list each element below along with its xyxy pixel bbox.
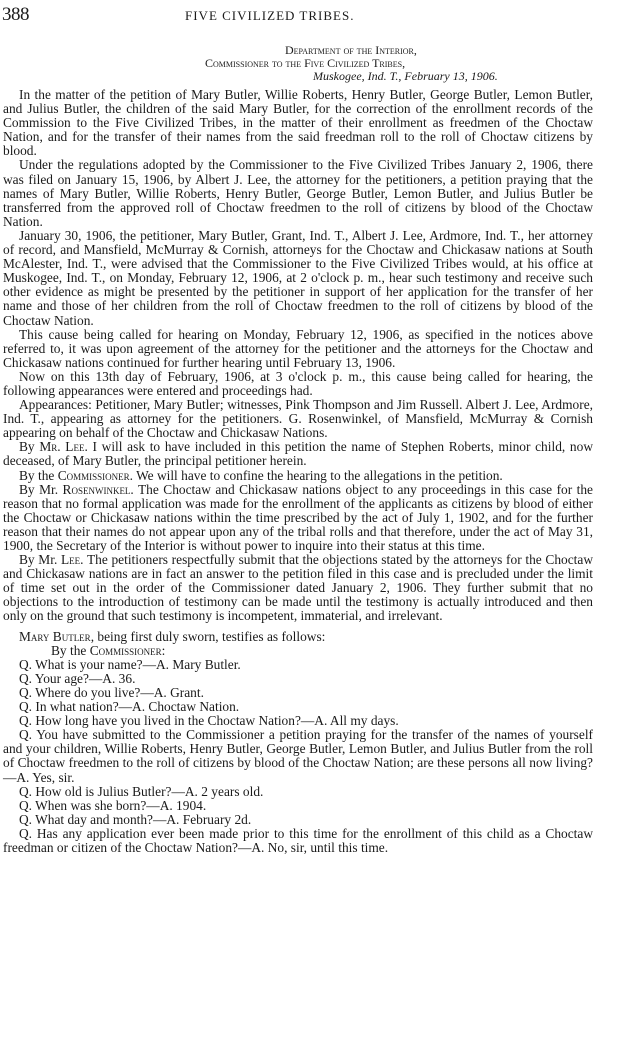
- running-head: 388 FIVE CIVILIZED TRIBES.: [0, 4, 618, 24]
- paragraph: Now on this 13th day of February, 1906, …: [3, 370, 593, 398]
- statement: By Mr. Lee. The petitioners respectfully…: [3, 553, 593, 623]
- qa-item: Q. Where do you live?—A. Grant.: [3, 686, 593, 700]
- testimony-qa: By the Commissioner: Q. What is your nam…: [3, 644, 593, 855]
- speaker: Lee.: [61, 552, 84, 567]
- paragraph: In the matter of the petition of Mary Bu…: [3, 88, 593, 158]
- examiner-heading: By the Commissioner:: [3, 644, 593, 658]
- document-page: 388 FIVE CIVILIZED TRIBES. Department of…: [0, 0, 618, 1046]
- testimony-intro: Mary Butler, being first duly sworn, tes…: [3, 630, 593, 644]
- witness-name: Mary Butler: [19, 629, 91, 644]
- paragraph: This cause being called for hearing on M…: [3, 328, 593, 370]
- qa-item: Q. What is your name?—A. Mary Butler.: [3, 658, 593, 672]
- qa-item: Q. Has any application ever been made pr…: [3, 827, 593, 855]
- page-number: 388: [2, 4, 29, 26]
- qa-item: Q. When was she born?—A. 1904.: [3, 799, 593, 813]
- paragraph: Appearances: Petitioner, Mary Butler; wi…: [3, 398, 593, 440]
- paragraph: January 30, 1906, the petitioner, Mary B…: [3, 229, 593, 328]
- paragraph: Under the regulations adopted by the Com…: [3, 158, 593, 228]
- speaker: Mr. Lee.: [39, 439, 87, 454]
- running-title: FIVE CIVILIZED TRIBES.: [185, 8, 354, 24]
- qa-item: Q. How old is Julius Butler?—A. 2 years …: [3, 785, 593, 799]
- dateline-place-date: Muskogee, Ind. T., February 13, 1906.: [313, 70, 498, 83]
- qa-item: Q. You have submitted to the Commissione…: [3, 728, 593, 784]
- speaker: Rosenwinkel.: [63, 482, 134, 497]
- speaker: Commissioner.: [58, 468, 133, 483]
- body-text: In the matter of the petition of Mary Bu…: [3, 88, 593, 855]
- statement: By Mr. Rosenwinkel. The Choctaw and Chic…: [3, 483, 593, 553]
- statement: By the Commissioner. We will have to con…: [3, 469, 593, 483]
- qa-item: Q. Your age?—A. 36.: [3, 672, 593, 686]
- qa-item: Q. What day and month?—A. February 2d.: [3, 813, 593, 827]
- statement: By Mr. Lee. I will ask to have included …: [3, 440, 593, 468]
- qa-item: Q. How long have you lived in the Chocta…: [3, 714, 593, 728]
- qa-item: Q. In what nation?—A. Choctaw Nation.: [3, 700, 593, 714]
